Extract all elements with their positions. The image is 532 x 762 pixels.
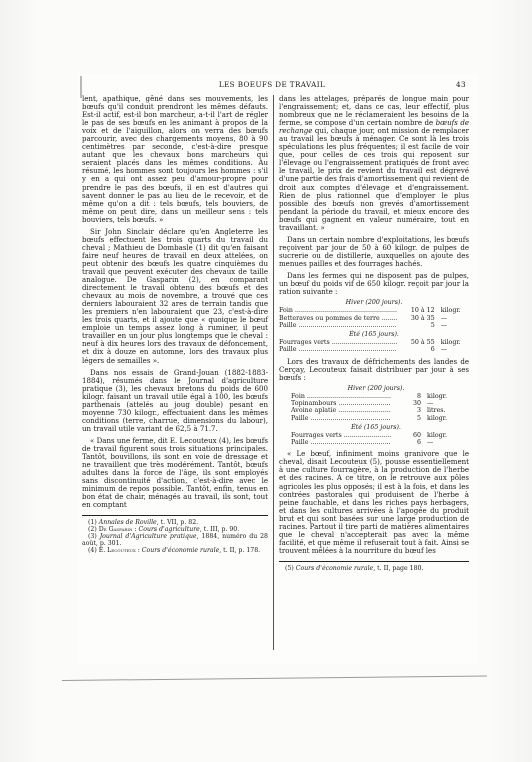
left-column: lent, apathique, gêné dans ses mouvement… [82, 95, 268, 554]
footnotes: (1) Annales de Roville, t. VII, p. 82. (… [82, 519, 268, 554]
paragraph: Sir John Sinclair déclare qu'en Angleter… [82, 228, 268, 365]
paragraph: « Le bœuf, infiniment moins granivore qu… [279, 450, 469, 555]
paragraph: lent, apathique, gêné dans ses mouvement… [82, 95, 268, 224]
right-column: dans les attelages, préparés de longue m… [273, 95, 469, 650]
footnote-rule [82, 515, 268, 516]
ration-row: Paille5kilogr. [291, 415, 469, 422]
footnotes: (5) Cours d'économie rurale, t. II, page… [279, 565, 469, 572]
footnote-2: (2) De Gasparin : Cours d'agriculture, t… [82, 526, 268, 533]
paragraph: Dans nos essais de Grand-Jouan (1882-188… [82, 369, 268, 433]
page-number: 43 [456, 80, 466, 89]
footnote-3: (3) Journal d'Agriculture pratique, 1884… [82, 533, 268, 547]
ration-row: Paille6— [291, 439, 469, 446]
ration-row: Avoine aplatie3litres. [291, 407, 469, 414]
ration-table-1: Hiver (200 jours). Foin10 à 12kilogr. Be… [279, 299, 469, 353]
ration-row: Foin10 à 12kilogr. [279, 307, 469, 314]
ration-row: Fourrages verts50 à 55kilogr. [279, 339, 469, 346]
footnote-4: (4) E. Lecouteux : Cours d'économie rura… [82, 547, 268, 554]
footnote-rule [279, 561, 469, 562]
ration-row: Paille5— [279, 322, 469, 329]
page-title: LES BOEUFS DE TRAVAIL [82, 80, 462, 89]
paragraph: Lors des travaux de défrichements des la… [279, 358, 469, 382]
ration-row: Topinambours30— [291, 400, 469, 407]
ration-row: Betteraves ou pommes de terre30 à 35— [279, 315, 469, 322]
paragraph: Dans les fermes qui ne disposent pas de … [279, 272, 469, 296]
running-head: LES BOEUFS DE TRAVAIL 43 [82, 80, 462, 92]
paragraph: « Dans une ferme, dit E. Lecouteux (4), … [82, 437, 268, 509]
footnote-1: (1) Annales de Roville, t. VII, p. 82. [82, 519, 268, 526]
ration-row: Fourrages verts60kilogr. [291, 432, 469, 439]
ration-row: Paille6— [279, 346, 469, 353]
paragraph: dans les attelages, préparés de longue m… [279, 95, 469, 232]
footnote-5: (5) Cours d'économie rurale, t. II, page… [279, 565, 469, 572]
ration-row: Foin8kilogr. [291, 393, 469, 400]
ration-table-2: Hiver (200 jours). Foin8kilogr. Topinamb… [291, 385, 469, 447]
paragraph: Dans un certain nombre d'exploitations, … [279, 236, 469, 268]
